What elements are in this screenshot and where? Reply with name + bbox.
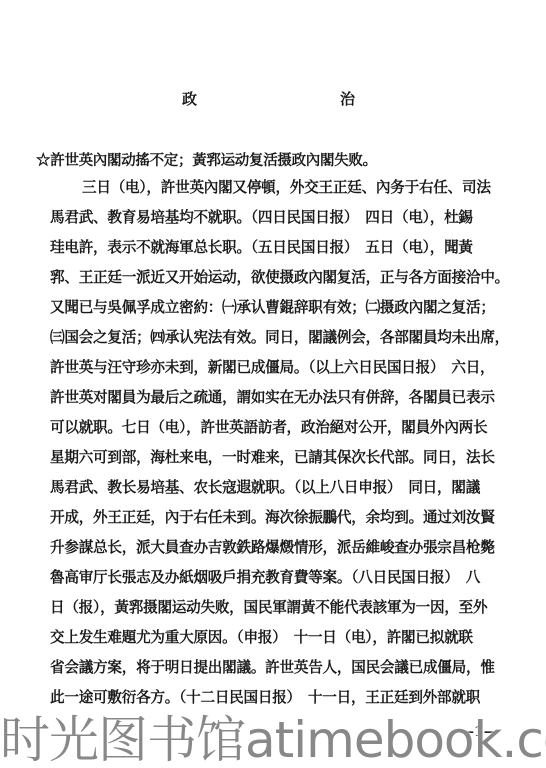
section-title-char-1: 政 bbox=[182, 88, 197, 109]
body-line: 此一途可敷衍各方。（十二日民国日报） 十一日，王正廷到外部就职 bbox=[50, 688, 510, 708]
body-line: 交上发生难題尤为重大原因。（申报） 十一日（电），許閣已拟就联 bbox=[50, 628, 510, 648]
body-line: 日（报），黃郛摄閣运动失败，国民軍謂黃不能代表該軍为一因，至外 bbox=[50, 598, 510, 618]
section-title-char-2: 治 bbox=[340, 88, 355, 109]
body-line: 馬君武、教长易培基、农长寇遐就职。（以上八日申报） 同日，閣議 bbox=[50, 478, 510, 498]
section-title: 政 治 bbox=[0, 88, 546, 112]
body-line: 星期六可到部，海杜来电，一时难来，已請其保次长代部。同日，法长 bbox=[50, 448, 510, 468]
body-line: 又聞已与吳佩孚成立密約：㈠承认曹錕辞职有效；㈡摄政內閣之复活； bbox=[50, 298, 510, 318]
body-line: 馬君武、教育易培基均不就职。（四日民国日报） 四日（电），杜錫 bbox=[50, 208, 510, 228]
body-line: 珪电許，表示不就海軍总长职。（五日民国日报） 五日（电），聞黃 bbox=[50, 238, 510, 258]
body-line: 三日（电），許世英內閣又停頓，外交王正廷、內务于右任、司法 bbox=[82, 178, 542, 198]
body-line: ㈢国会之复活；㈣承认宪法有效。同日，閣議例会，各部閣員均未出席， bbox=[50, 328, 510, 348]
topic-heading: ☆許世英內閣动搖不定；黃郛运动复活摄政內閣失败。 bbox=[36, 149, 516, 170]
body-line: 开成，外王正廷，內于右任未到。海次徐振鵬代，余均到。通过刘汝賢 bbox=[50, 508, 510, 528]
body-line: 省会議方案，将于明日提出閣議。許世英告人，国民会議已成僵局，惟 bbox=[50, 658, 510, 678]
body-line: 郛、王正廷一派近又开始运动，欲使摄政內閣复活，正与各方面接洽中。 bbox=[50, 268, 510, 288]
document-page: 政 治 ☆許世英內閣动搖不定；黃郛运动复活摄政內閣失败。 三日（电），許世英內閣… bbox=[0, 0, 546, 768]
watermark-text: 时光图书馆atimebook.com bbox=[0, 712, 546, 768]
body-line: 可以就职。七日（电），許世英語訪者，政治絕对公开，閣員外內两长 bbox=[50, 418, 510, 438]
body-line: 魯高审厅长張志及办紙烟吸戶捐充教育費等案。（八日民国日报） 八 bbox=[50, 568, 510, 588]
body-line: 許世英对閣員为最后之疏通，謂如实在无办法只有併辞，各閣員已表示 bbox=[50, 388, 510, 408]
body-line: 許世英与汪守珍亦未到，新閣已成僵局。（以上六日民国日报） 六日， bbox=[50, 358, 510, 378]
body-line: 升参謀总长，派大員查办吉敦鉄路爆燬情形，派岳維峻查办張宗昌枪斃 bbox=[50, 538, 510, 558]
